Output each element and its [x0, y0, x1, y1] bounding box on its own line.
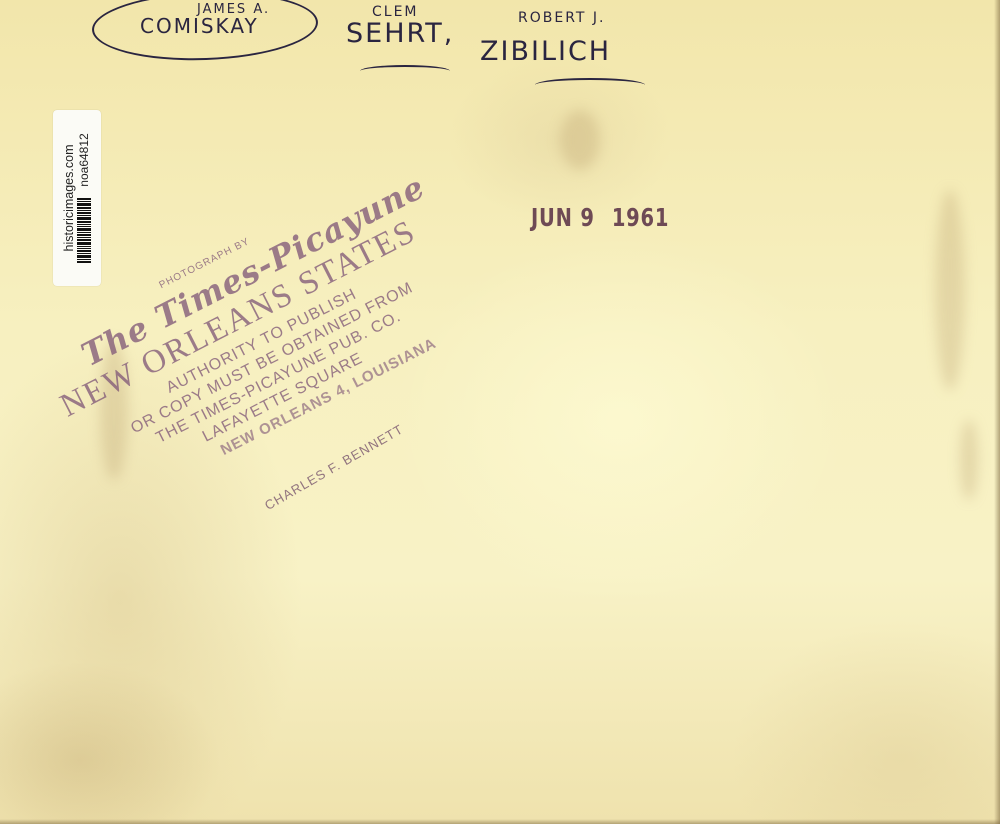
stain	[960, 420, 978, 500]
date-stamp-month-day: JUN 9	[531, 203, 595, 232]
scan-edge-right	[994, 0, 1000, 824]
barcode-icon	[77, 191, 91, 263]
label-id-text: noa64812	[77, 133, 91, 186]
stain	[560, 110, 600, 170]
label-site-text: historicimages.com	[62, 145, 76, 252]
scan-edge-bottom	[0, 819, 1000, 824]
date-stamp: JUN 91961	[531, 203, 669, 232]
handwritten-last-name-2: SEHRT,	[346, 18, 454, 49]
handwritten-last-name-3: ZIBILICH	[480, 36, 611, 67]
handwritten-first-name-3: ROBERT J.	[518, 10, 606, 26]
stain	[935, 190, 965, 390]
handwritten-underline	[360, 65, 450, 77]
handwritten-last-name-1: COMISKAY	[140, 14, 259, 38]
handwritten-underline	[535, 78, 645, 92]
date-stamp-year: 1961	[612, 203, 669, 232]
barcode-label: historicimages.com noa64812	[53, 110, 101, 286]
